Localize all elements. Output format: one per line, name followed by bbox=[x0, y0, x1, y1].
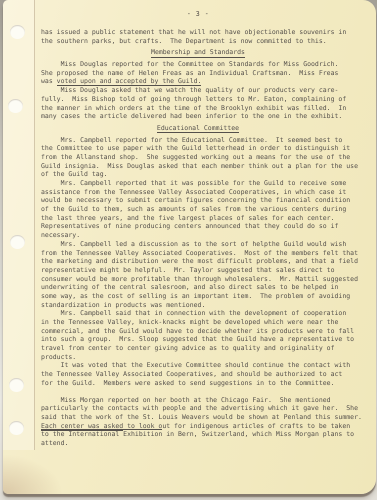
text-segment: consumer would be more profitable than t… bbox=[41, 275, 358, 283]
text-segment: the Tennessee Valley Associated Cooperat… bbox=[41, 370, 342, 378]
text-line: Representatives of nine producing center… bbox=[41, 222, 371, 231]
text-segment: commercial, and the Guild would have to … bbox=[41, 327, 354, 335]
text-line: the manner in which orders at the time o… bbox=[41, 104, 371, 113]
text-segment: was bbox=[41, 77, 57, 85]
text-line: in the Tennessee Valley, knick-knacks mi… bbox=[41, 318, 371, 327]
text-line: necessary. bbox=[41, 231, 371, 240]
text-line: has issued a public statement that he wi… bbox=[41, 28, 371, 37]
text-segment: fully. Miss Bishop told of going through… bbox=[41, 95, 346, 103]
text-segment: of the Guild tag. bbox=[41, 170, 108, 178]
text-line: commercial, and the Guild would have to … bbox=[41, 327, 371, 336]
text-line: many cases the article delivered had bee… bbox=[41, 112, 371, 121]
text-line: Guild insignia. Miss Douglas asked that … bbox=[41, 162, 371, 171]
text-line: Miss Douglas asked that we watch the qua… bbox=[41, 86, 371, 95]
text-line: Mrs. Campbell said that in connection wi… bbox=[41, 309, 371, 318]
text-line: the last three years, and the five large… bbox=[41, 214, 371, 223]
punch-hole bbox=[8, 99, 23, 113]
text-line: consumer would be more profitable than t… bbox=[41, 275, 371, 284]
text-segment: Mrs. Campbell led a discussion as to the… bbox=[41, 240, 346, 248]
text-line: the Tennessee Valley Associated Cooperat… bbox=[41, 370, 371, 379]
page-number: - 3 - bbox=[41, 10, 355, 18]
text-line: to the International Exhibition in Bern,… bbox=[41, 430, 371, 439]
text-line: the southern parks, but crafts. The Depa… bbox=[41, 37, 371, 46]
paragraph: Miss Morgan reported on her booth at the… bbox=[41, 396, 371, 448]
text-segment: the Committee to use paper with the Guil… bbox=[41, 144, 350, 152]
text-segment: of the Guild to them, such as amounts of… bbox=[41, 205, 346, 213]
document-body: has issued a public statement that he wi… bbox=[41, 28, 371, 448]
text-segment: She proposed the name of Helen Freas as … bbox=[41, 69, 338, 77]
text-line: said that the work of the St. Louis Weav… bbox=[41, 413, 371, 422]
text-line: particularly the contacts with people an… bbox=[41, 404, 371, 413]
text-segment: Mrs. Campbell reported for the Education… bbox=[41, 136, 342, 144]
text-segment: would be necessary to submit certain fig… bbox=[41, 196, 350, 204]
document-page: - 3 - has issued a public statement that… bbox=[3, 0, 376, 494]
text-line: the Committee to use paper with the Guil… bbox=[41, 144, 371, 153]
text-segment: travel from center to center giving advi… bbox=[41, 344, 335, 352]
punch-hole bbox=[10, 235, 25, 249]
text-line: underwriting of the central salesroom, a… bbox=[41, 283, 371, 292]
text-segment: the marketing and distribution were the … bbox=[41, 257, 358, 265]
text-line: would be necessary to submit certain fig… bbox=[41, 196, 371, 205]
text-line: of the Guild to them, such as amounts of… bbox=[41, 205, 371, 214]
punch-hole bbox=[10, 25, 25, 39]
section-heading: Membership and Standards bbox=[41, 48, 355, 57]
text-segment: attend. bbox=[41, 439, 68, 447]
text-segment: quality of our products very care- bbox=[201, 86, 338, 94]
punch-hole bbox=[9, 378, 24, 392]
text-segment: Miss Douglas reported for the Committee … bbox=[41, 60, 338, 68]
text-segment: to the International Exhibition bbox=[41, 429, 162, 438]
section-heading-text: Membership and Standards bbox=[151, 48, 245, 58]
paragraph: Miss Douglas reported for the Committee … bbox=[41, 60, 371, 86]
paragraph: Mrs. Campbell said that in connection wi… bbox=[41, 309, 371, 361]
text-segment bbox=[41, 86, 61, 94]
text-line: into such a group. Mrs. Sloop suggested … bbox=[41, 335, 371, 344]
text-line: the marketing and distribution were the … bbox=[41, 257, 371, 266]
paragraph: Mrs. Campbell reported that it was possi… bbox=[41, 179, 371, 240]
text-line: Mrs. Campbell led a discussion as to the… bbox=[41, 240, 371, 249]
text-line: It was voted that the Executive Committe… bbox=[41, 361, 371, 370]
text-line: some way, as the cost of selling is an i… bbox=[41, 292, 371, 301]
paragraph: It was voted that the Executive Committe… bbox=[41, 361, 371, 387]
text-segment: some way, as the cost of selling is an i… bbox=[41, 292, 350, 300]
text-segment: Miss Morgan reported on her booth at the… bbox=[41, 396, 331, 404]
text-segment: in Bern, Switzerland, which Miss Morgan … bbox=[162, 430, 354, 438]
text-segment: many cases the article delivered had bee… bbox=[41, 112, 342, 120]
text-segment: the last three years, and the five large… bbox=[41, 214, 335, 222]
text-line: fully. Miss Bishop told of going through… bbox=[41, 95, 371, 104]
text-segment: standardization in products was mentione… bbox=[41, 301, 205, 309]
paragraph: has issued a public statement that he wi… bbox=[41, 28, 371, 45]
paragraph: Mrs. Campbell led a discussion as to the… bbox=[41, 240, 371, 310]
text-line: Mrs. Campbell reported for the Education… bbox=[41, 136, 371, 145]
text-segment: necessary. bbox=[41, 231, 80, 239]
text-line: products. bbox=[41, 353, 371, 362]
paragraph: Mrs. Campbell reported for the Education… bbox=[41, 136, 371, 179]
text-segment: products. bbox=[41, 353, 76, 361]
text-segment: has issued a public statement that he wi… bbox=[41, 28, 346, 36]
text-line: standardization in products was mentione… bbox=[41, 301, 371, 310]
text-segment: Representatives of nine producing center… bbox=[41, 222, 338, 230]
text-segment: the manner in which orders at the time o… bbox=[41, 104, 346, 112]
text-segment: Miss Douglas asked that we watch the bbox=[61, 85, 202, 94]
text-segment: underwriting of the central salesroom, a… bbox=[41, 283, 338, 291]
text-segment: the southern parks, but crafts. The Depa… bbox=[41, 37, 327, 45]
text-segment: for the Guild. Members were asked to sen… bbox=[41, 379, 335, 387]
text-segment: assistance from the Tennessee Valley Ass… bbox=[41, 188, 346, 196]
text-segment: Mrs. Campbell reported that it was possi… bbox=[41, 179, 346, 187]
text-segment: said that the work of the St. Louis Weav… bbox=[41, 413, 362, 421]
text-segment: into such a group. Mrs. Sloop suggested … bbox=[41, 335, 354, 343]
text-line: of the Guild tag. bbox=[41, 170, 371, 179]
text-segment: representative might be helpful. Mr. Tay… bbox=[41, 266, 335, 274]
text-segment: from the Allanstand shop. She suggested … bbox=[41, 153, 350, 161]
text-line: attend. bbox=[41, 439, 371, 448]
punch-hole bbox=[9, 421, 24, 435]
text-segment: in the Tennessee Valley, knick-knacks mi… bbox=[41, 318, 338, 326]
text-line: Miss Morgan reported on her booth at the… bbox=[41, 396, 371, 405]
text-segment: Mrs. Campbell said that in connection wi… bbox=[41, 309, 346, 317]
text-line: travel from center to center giving advi… bbox=[41, 344, 371, 353]
text-line: for the Guild. Members were asked to sen… bbox=[41, 379, 371, 388]
text-line: representative might be helpful. Mr. Tay… bbox=[41, 266, 371, 275]
section-heading-text: Educational Committee bbox=[157, 124, 239, 134]
text-line: from the Tennessee Valley Associated Coo… bbox=[41, 249, 371, 258]
paragraph: Miss Douglas asked that we watch the qua… bbox=[41, 86, 371, 121]
section-heading: Educational Committee bbox=[41, 124, 355, 133]
text-line: assistance from the Tennessee Valley Ass… bbox=[41, 188, 371, 197]
text-segment: from the Tennessee Valley Associated Coo… bbox=[41, 249, 358, 257]
text-segment: It was voted that the Executive Committe… bbox=[41, 361, 350, 369]
text-segment: Guild insignia. Miss Douglas asked that … bbox=[41, 162, 358, 170]
text-line: Miss Douglas reported for the Committee … bbox=[41, 60, 371, 69]
text-segment: particularly the contacts with people an… bbox=[41, 404, 358, 412]
text-line: Mrs. Campbell reported that it was possi… bbox=[41, 179, 371, 188]
text-line: She proposed the name of Helen Freas as … bbox=[41, 69, 371, 78]
text-line: from the Allanstand shop. She suggested … bbox=[41, 153, 371, 162]
